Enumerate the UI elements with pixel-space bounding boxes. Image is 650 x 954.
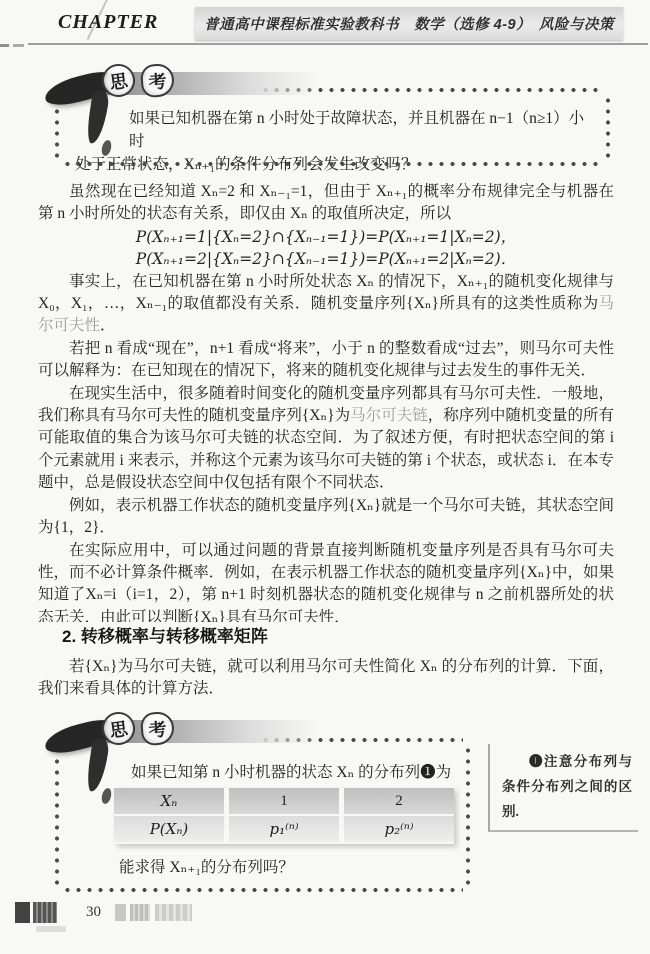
distribution-table: Xₙ 1 2 P(Xₙ) p₁⁽ⁿ⁾ p₂⁽ⁿ⁾ <box>114 788 454 844</box>
faded-stamp-mark <box>130 904 150 921</box>
paragraph-4: 在现实生活中，很多随着时间变化的随机变量序列都具有马尔可夫性．一般地，我们称具有… <box>38 383 614 495</box>
table-row-header: Xₙ 1 2 <box>114 788 454 814</box>
table-cell-p2n: p₂⁽ⁿ⁾ <box>344 816 454 842</box>
paragraph-2: 事实上，在已知机器在第 n 小时所处状态 Xₙ 的情况下，Xₙ₊₁的随机变化规律… <box>38 271 614 338</box>
think-box-2: 如果已知第 n 小时机器的状态 Xₙ 的分布列❶为 Xₙ 1 2 P(Xₙ) p… <box>57 740 468 890</box>
paragraph-5: 例如，表示机器工作状态的随机变量序列{Xₙ}就是一个马尔可夫链，其状态空间为{1… <box>38 495 614 540</box>
margin-note: ❶注意分布列与条件分布列之间的区别. <box>488 744 638 832</box>
section-2-paragraph: 若{Xₙ}为马尔可夫链，就可以利用马尔可夫性简化 Xₙ 的分布列的计算．下面，我… <box>38 656 614 701</box>
table-cell-xn: Xₙ <box>114 788 224 814</box>
textbook-page: CHAPTER 普通高中课程标准实验教科书 数学（选修 4-9） 风险与决策 如… <box>0 0 650 954</box>
dotted-border-bottom <box>62 161 603 167</box>
header-rule-dash <box>0 44 9 47</box>
section-2-heading: 2. 转移概率与转移概率矩阵 <box>62 622 614 647</box>
margin-note-text: ❶注意分布列与条件分布列之间的区别. <box>502 749 632 824</box>
highlighted-term-markov-chain: 马尔可夫链 <box>350 407 428 424</box>
table-row-probabilities: P(Xₙ) p₁⁽ⁿ⁾ p₂⁽ⁿ⁾ <box>114 816 454 842</box>
page-number: 30 <box>86 904 101 921</box>
formula-line-1: P(Xₙ₊₁=1|{Xₙ=2}∩{Xₙ₋₁=1})=P(Xₙ₊₁=1|Xₙ=2)… <box>38 226 614 248</box>
dotted-border-bottom <box>62 887 463 893</box>
section-2: 2. 转移概率与转移概率矩阵 若{Xₙ}为马尔可夫链，就可以利用马尔可夫性简化 … <box>38 622 614 701</box>
faded-stamp-mark <box>115 904 126 921</box>
think1-text-line: 如果已知机器在第 n 小时处于故障状态，并且机器在 n−1（n≥1）小时 <box>57 90 608 153</box>
table-cell-value-2: 2 <box>344 788 454 814</box>
chapter-label: CHAPTER <box>58 11 158 34</box>
dotted-border-left <box>54 95 60 159</box>
header-series-title: 普通高中课程标准实验教科书 数学（选修 4-9） 风险与决策 <box>204 13 614 34</box>
dotted-border-right <box>465 745 471 885</box>
table-cell-pxn: P(Xₙ) <box>114 816 224 842</box>
ink-stamp-mark <box>15 902 30 923</box>
dotted-border-top <box>62 87 603 93</box>
paragraph-3: 若把 n 看成“现在”，n+1 看成“将来”，小于 n 的整数看成“过去”，则马… <box>38 338 614 383</box>
dotted-border-right <box>605 95 611 159</box>
header-rule <box>28 43 648 45</box>
dotted-border-top <box>62 737 463 743</box>
formula-line-2: P(Xₙ₊₁=2|{Xₙ=2}∩{Xₙ₋₁=1})=P(Xₙ₊₁=2|Xₙ=2)… <box>38 248 614 270</box>
think2-question-text: 能求得 Xₙ₊₁的分布列吗？ <box>119 856 294 879</box>
ink-stamp-mark <box>33 902 57 923</box>
paragraph-6: 在实际应用中，可以通过问题的背景直接判断随机变量序列是否具有马尔可夫性，而不必计… <box>38 540 614 623</box>
header-rule-dash <box>13 44 24 47</box>
faded-stamp-mark <box>36 926 66 932</box>
dotted-border-left <box>54 745 60 885</box>
think2-intro-text: 如果已知第 n 小时机器的状态 Xₙ 的分布列❶为 <box>131 761 460 784</box>
think-box-1: 如果已知机器在第 n 小时处于故障状态，并且机器在 n−1（n≥1）小时 处于正… <box>57 90 608 164</box>
header-band: 普通高中课程标准实验教科书 数学（选修 4-9） 风险与决策 <box>195 7 623 40</box>
paragraph-1: 虽然现在已经知道 Xₙ=2 和 Xₙ₋₁=1，但由于 Xₙ₊₁的概率分布规律完全… <box>38 181 614 226</box>
body-text: 虽然现在已经知道 Xₙ=2 和 Xₙ₋₁=1，但由于 Xₙ₊₁的概率分布规律完全… <box>38 181 614 622</box>
table-cell-value-1: 1 <box>229 788 339 814</box>
faded-stamp-mark <box>155 904 192 921</box>
table-cell-p1n: p₁⁽ⁿ⁾ <box>229 816 339 842</box>
